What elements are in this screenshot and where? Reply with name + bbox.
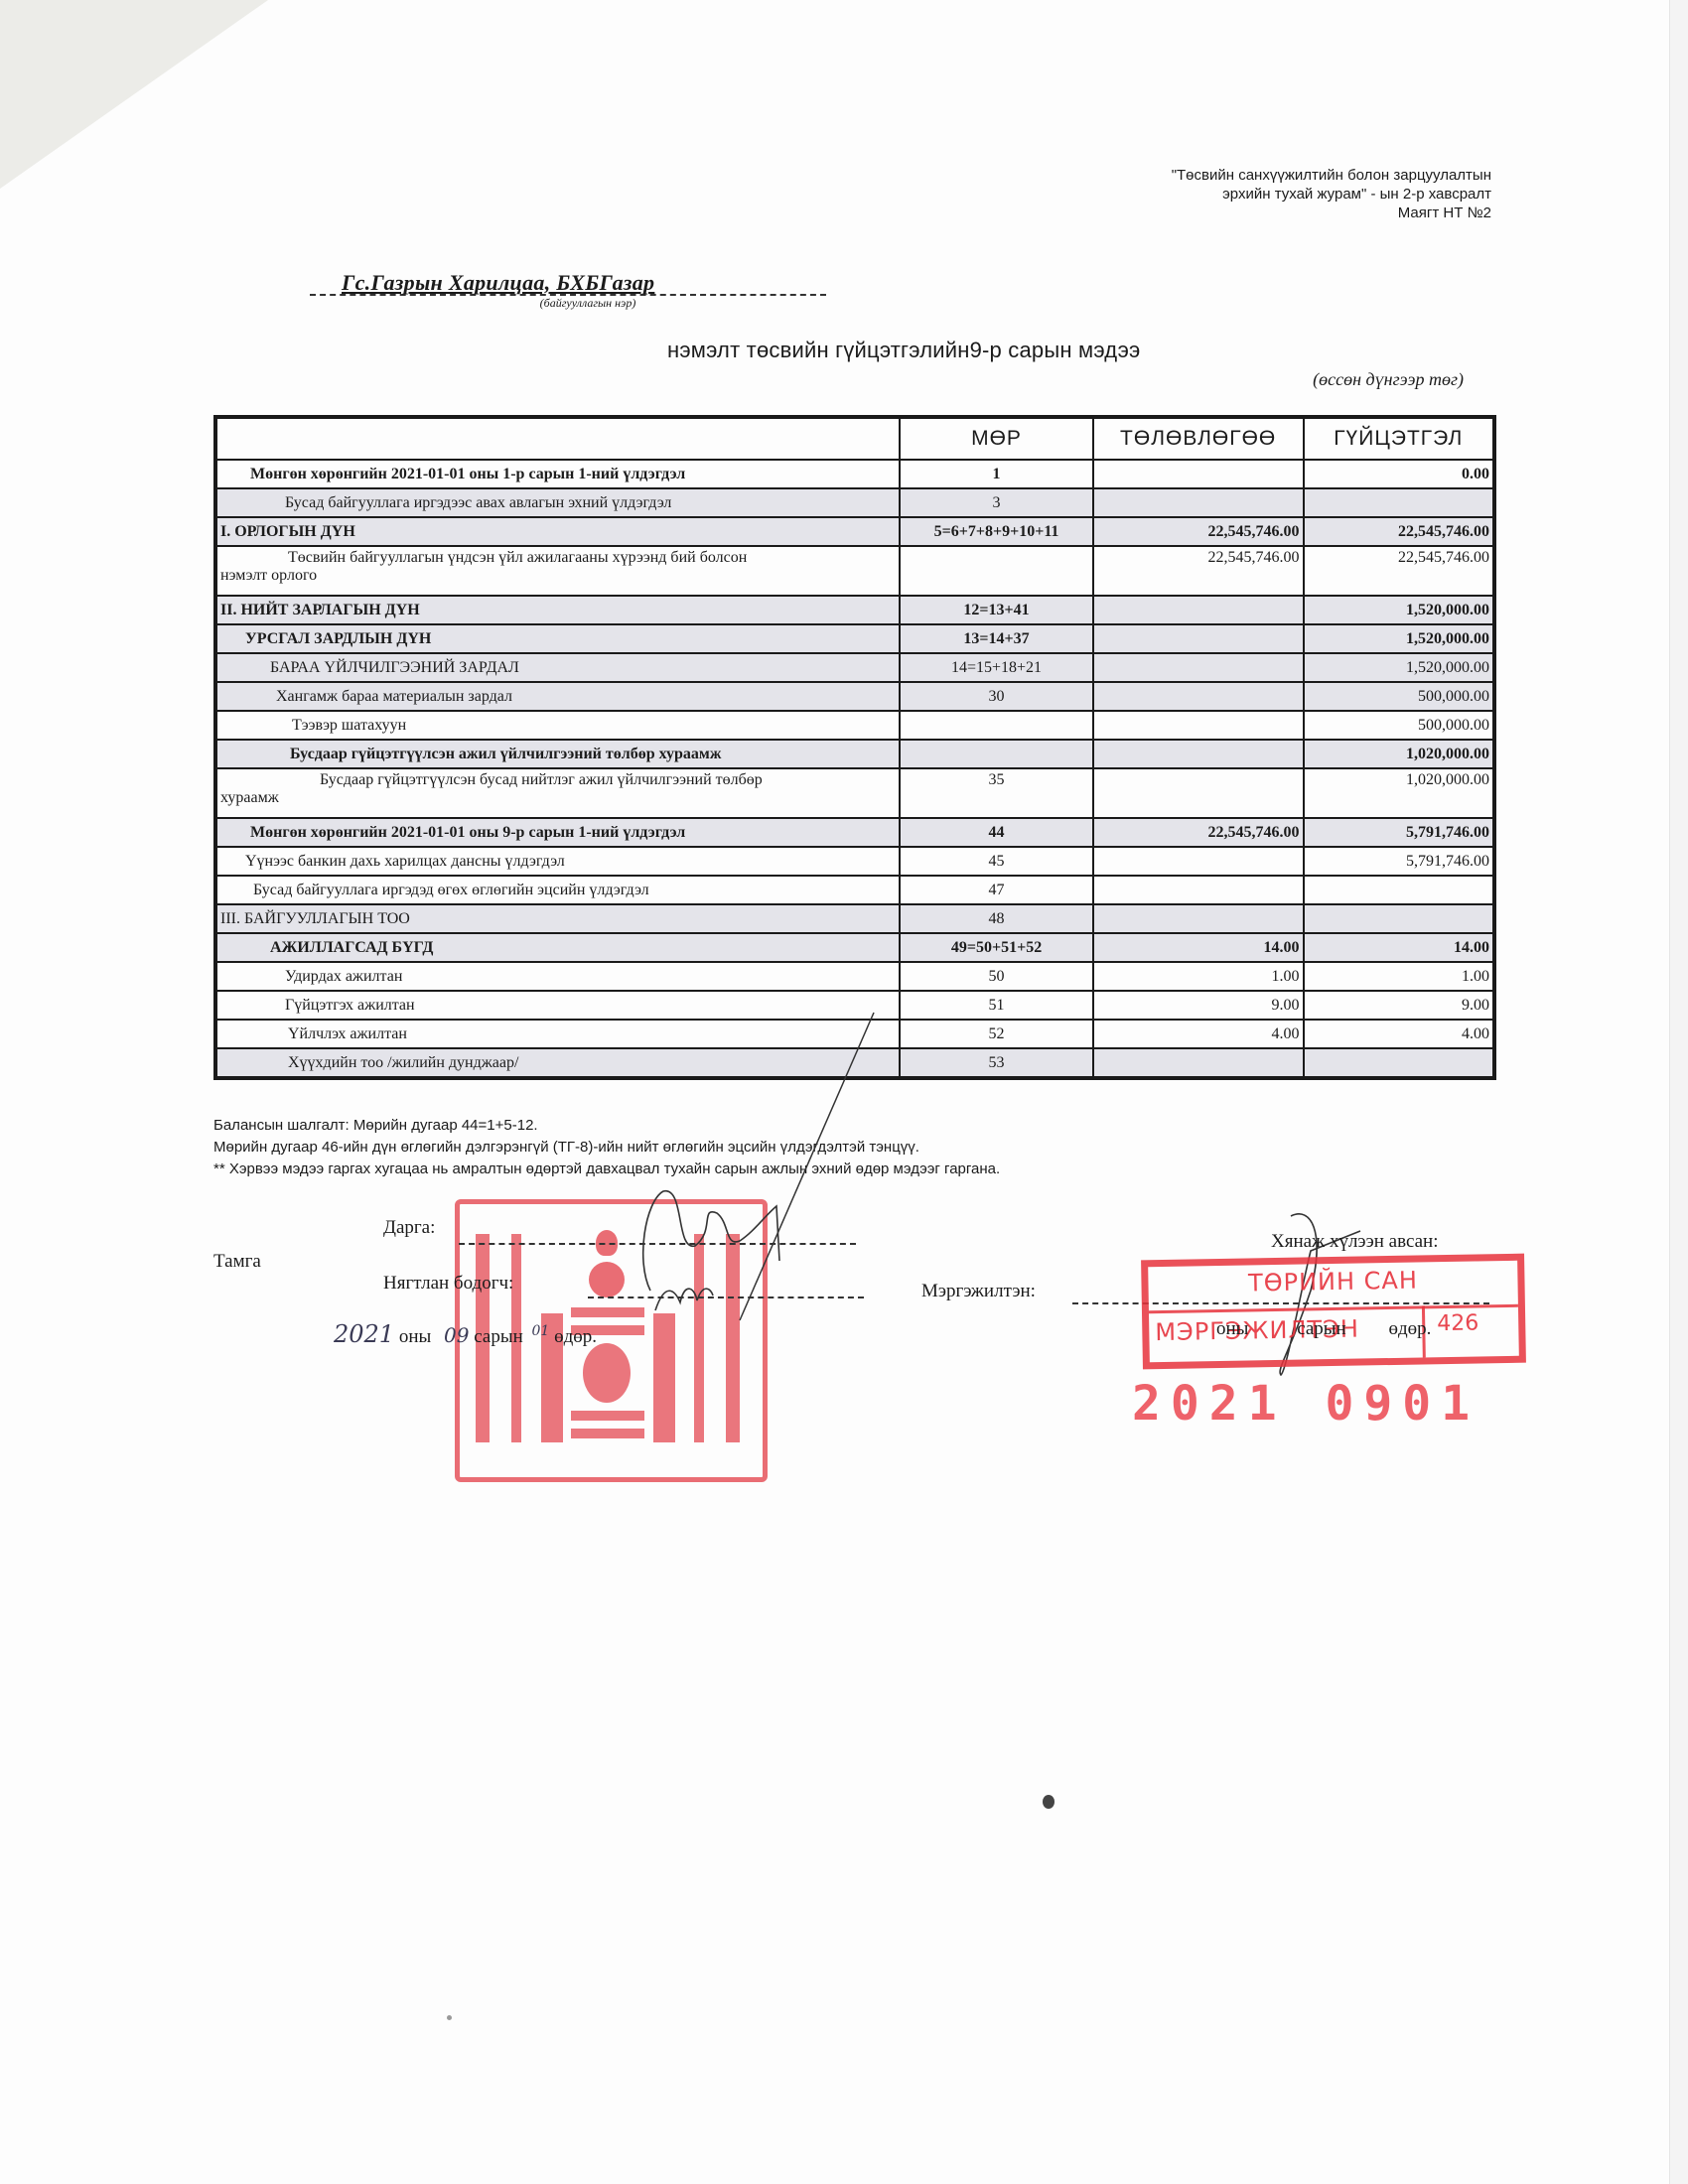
recv-month-suffix: сарын (1297, 1318, 1346, 1339)
scan-speck (1043, 1795, 1055, 1809)
treasury-stamp: ТӨРИЙН САН МЭРГЭЖИЛТЭН 426 (1141, 1254, 1526, 1370)
recv-year-suffix: оны (1216, 1318, 1248, 1339)
scan-speck (447, 2015, 452, 2020)
recv-day-suffix: өдөр. (1388, 1318, 1431, 1339)
treasury-date-stamp: 2021 0901 (1132, 1376, 1479, 1432)
received-date: оны сарын өдөр. (1216, 1318, 1431, 1340)
treasury-stamp-title: ТӨРИЙН САН (1148, 1265, 1517, 1298)
treasury-stamp-number: 426 (1437, 1310, 1478, 1336)
received-label: Хянаж хүлээн авсан: (1271, 1231, 1439, 1253)
handwritten-signatures (0, 0, 1688, 2184)
specialist-label: Мэргэжилтэн: (921, 1281, 1036, 1302)
